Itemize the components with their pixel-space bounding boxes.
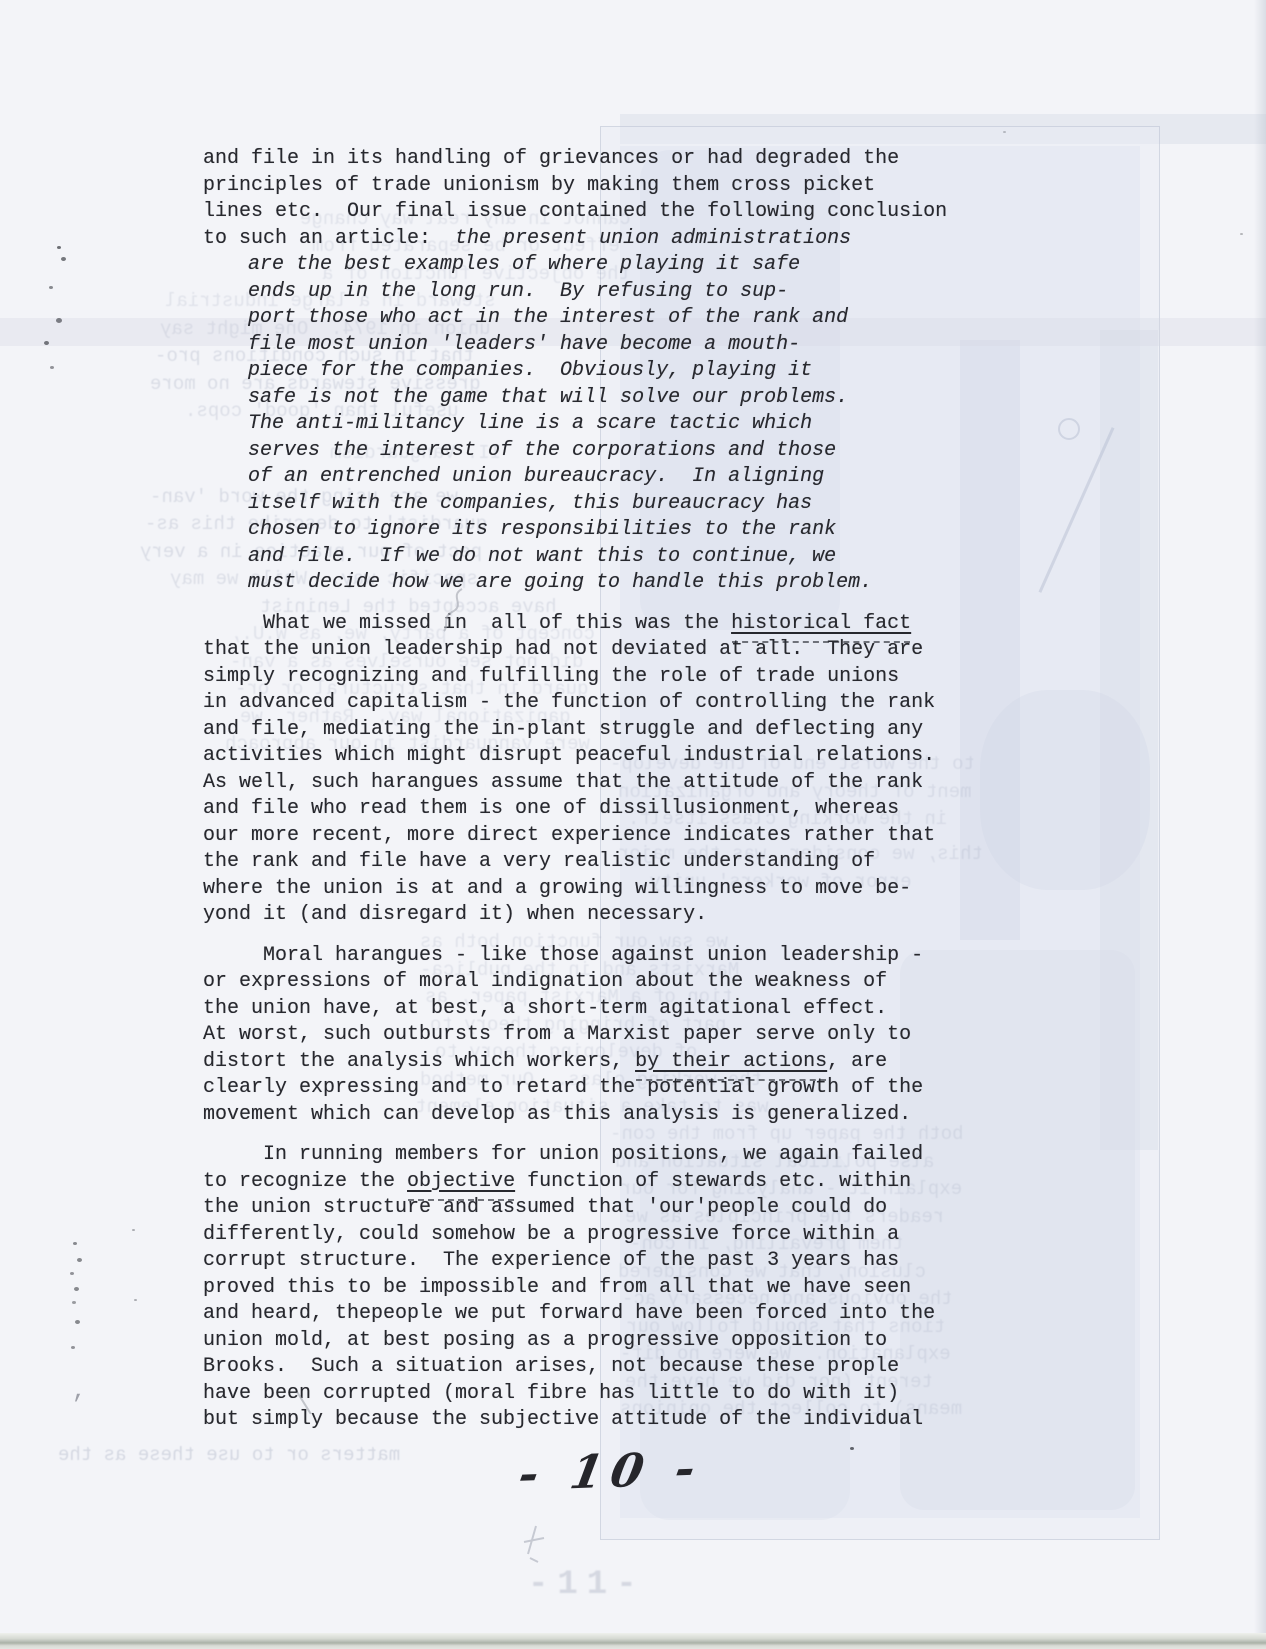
typed-line: chosen to ignore its responsibilities to… bbox=[248, 517, 983, 544]
page-right-edge bbox=[1254, 0, 1266, 1649]
stray-comma-mark: , bbox=[72, 1378, 86, 1405]
typed-line: clearly expressing and to retard the pot… bbox=[203, 1075, 983, 1102]
typed-line: What we missed in all of this was the hi… bbox=[203, 611, 983, 638]
typed-line: yond it (and disregard it) when necessar… bbox=[203, 902, 983, 929]
ink-speck bbox=[77, 1258, 82, 1262]
typed-line: to such an article: the present union ad… bbox=[203, 226, 983, 253]
bleedthrough-text: matters or to use these as the bbox=[58, 1443, 400, 1467]
typed-line: distort the analysis which workers, by t… bbox=[203, 1049, 983, 1076]
typed-line: corrupt structure. The experience of the… bbox=[203, 1248, 983, 1275]
typed-line: the union have, at best, a short-term ag… bbox=[203, 996, 983, 1023]
typed-line: of an entrenched union bureaucracy. In a… bbox=[248, 464, 983, 491]
typed-line: At worst, such outbursts from a Marxist … bbox=[203, 1022, 983, 1049]
typed-line: safe is not the game that will solve our… bbox=[248, 385, 983, 412]
typed-line: are the best examples of where playing i… bbox=[248, 252, 983, 279]
underlined-phrase: historical fact bbox=[731, 612, 911, 635]
typed-line: and file in its handling of grievances o… bbox=[203, 146, 983, 173]
ink-speck bbox=[49, 286, 53, 289]
typed-text: and file in its handling of grievances o… bbox=[203, 146, 983, 1434]
typed-line: As well, such harangues assume that the … bbox=[203, 770, 983, 797]
typed-line: union mold, at best posing as a progress… bbox=[203, 1328, 983, 1355]
typed-line: principles of trade unionism by making t… bbox=[203, 173, 983, 200]
page-bottom-edge bbox=[0, 1633, 1266, 1649]
typed-line: but simply because the subjective attitu… bbox=[203, 1407, 983, 1434]
typed-paragraph-quoted-conclusion: are the best examples of where playing i… bbox=[203, 252, 983, 597]
ink-speck bbox=[56, 318, 62, 323]
ink-speck bbox=[1240, 233, 1243, 235]
ink-speck bbox=[50, 366, 54, 369]
typed-line: file most union 'leaders' have become a … bbox=[248, 332, 983, 359]
typed-line: the rank and file have a very realistic … bbox=[203, 849, 983, 876]
typed-line: activities which might disrupt peaceful … bbox=[203, 743, 983, 770]
typed-line: to recognize the objective function of s… bbox=[203, 1169, 983, 1196]
pencil-squiggle bbox=[440, 586, 470, 634]
ink-speck bbox=[44, 341, 49, 345]
typed-line: and file who read them is one of dissill… bbox=[203, 796, 983, 823]
ink-speck bbox=[1003, 131, 1006, 133]
typed-line: piece for the companies. Obviously, play… bbox=[248, 358, 983, 385]
typed-line: Brooks. Such a situation arises, not bec… bbox=[203, 1354, 983, 1381]
ink-speck bbox=[70, 1272, 74, 1275]
typed-line: ends up in the long run. By refusing to … bbox=[248, 279, 983, 306]
typed-line: where the union is at and a growing will… bbox=[203, 876, 983, 903]
typed-line: or expressions of moral indignation abou… bbox=[203, 969, 983, 996]
typed-line: in advanced capitalism - the function of… bbox=[203, 690, 983, 717]
ink-speck bbox=[71, 1346, 75, 1349]
typed-line: proved this to be impossible and from al… bbox=[203, 1275, 983, 1302]
typed-line: The anti-militancy line is a scare tacti… bbox=[248, 411, 983, 438]
typed-line: our more recent, more direct experience … bbox=[203, 823, 983, 850]
typed-line: simply recognizing and fulfilling the ro… bbox=[203, 664, 983, 691]
typed-line: movement which can develop as this analy… bbox=[203, 1102, 983, 1129]
ink-speck bbox=[73, 1242, 77, 1245]
ink-speck bbox=[57, 246, 61, 249]
typed-line: must decide how we are going to handle t… bbox=[248, 570, 983, 597]
typed-paragraph-moral-harangues: Moral harangues - like those against uni… bbox=[203, 943, 983, 1129]
underlined-phrase: by their actions bbox=[635, 1050, 827, 1073]
typed-line: serves the interest of the corporations … bbox=[248, 438, 983, 465]
typed-line: port those who act in the interest of th… bbox=[248, 305, 983, 332]
typed-line: and file. If we do not want this to cont… bbox=[248, 544, 983, 571]
typed-paragraph-historical-fact: What we missed in all of this was the hi… bbox=[203, 611, 983, 929]
ink-speck bbox=[61, 257, 66, 261]
typed-line: In running members for union positions, … bbox=[203, 1142, 983, 1169]
typed-paragraph-intro: and file in its handling of grievances o… bbox=[203, 146, 983, 252]
typed-line: and file, mediating the in-plant struggl… bbox=[203, 717, 983, 744]
ink-speck bbox=[74, 1287, 79, 1291]
ink-speck bbox=[134, 1299, 137, 1301]
document-page: cannot in any real way changeeffect or b… bbox=[0, 0, 1266, 1649]
ink-speck bbox=[72, 1301, 76, 1304]
pencil-scribble bbox=[522, 1524, 548, 1564]
typed-line: differently, could somehow be a progress… bbox=[203, 1222, 983, 1249]
typed-line: the union structure and assumed that 'ou… bbox=[203, 1195, 983, 1222]
underlined-phrase: objective bbox=[407, 1170, 515, 1193]
typed-line: and heard, thepeople we put forward have… bbox=[203, 1301, 983, 1328]
ink-speck bbox=[850, 1447, 854, 1450]
typed-line: itself with the companies, this bureaucr… bbox=[248, 491, 983, 518]
typed-line: lines etc. Our final issue contained the… bbox=[203, 199, 983, 226]
typed-line: Moral harangues - like those against uni… bbox=[203, 943, 983, 970]
typed-paragraph-union-positions: In running members for union positions, … bbox=[203, 1142, 983, 1434]
typed-line: have been corrupted (moral fibre has lit… bbox=[203, 1381, 983, 1408]
ink-speck bbox=[132, 1229, 135, 1231]
handwritten-page-number: - 10 - bbox=[515, 1441, 708, 1501]
ink-speck bbox=[75, 1320, 80, 1324]
ghost-page-number: -11- bbox=[528, 1566, 646, 1604]
